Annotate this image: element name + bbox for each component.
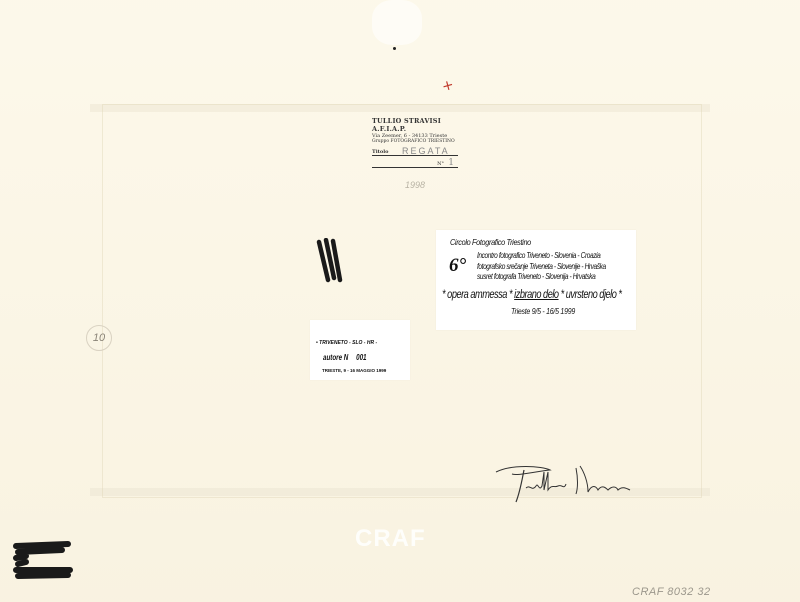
accepted-slovenian: izbrano delo: [514, 289, 558, 301]
event-line: Incontro fotografico Triveneto - Sloveni…: [477, 251, 606, 262]
accepted-work-line: * opera ammessa * izbrano delo * uvrsten…: [442, 289, 622, 301]
pencil-year: 1998: [405, 180, 425, 190]
entry-label: • TRIVENETO - SLO - HR - autore N001 TRI…: [310, 320, 410, 380]
top-smudge: [372, 0, 422, 45]
stamp-title-value: REGATA: [402, 146, 450, 156]
handwritten-signature: [492, 458, 652, 508]
stamp-group: Gruppo FOTOGRAFICO TRIESTINO: [372, 139, 458, 144]
stamp-title-row: Titolo REGATA: [372, 146, 458, 156]
accepted-croatian: * uvrsteno djelo *: [559, 289, 622, 301]
red-mark: +: [440, 77, 455, 95]
event-lines: Incontro fotografico Triveneto - Sloveni…: [477, 251, 606, 283]
marker-redaction-mark: [316, 238, 346, 284]
exhibition-date: Trieste 9/5 - 16/5 1999: [511, 306, 575, 316]
edition-number: 6°: [449, 255, 466, 277]
inventory-code: CRAF 8032 32: [632, 586, 711, 598]
author-stamp: TULLIO STRAVISI A.F.I.A.P. Via Zeemer, 6…: [372, 117, 458, 168]
stamp-number-label: N°: [437, 161, 444, 167]
stamp-title-label: Titolo: [372, 149, 389, 155]
stamp-author-name: TULLIO STRAVISI A.F.I.A.P.: [372, 117, 458, 133]
exhibition-label: Circolo Fotografico Triestino 6° Incontr…: [436, 230, 636, 330]
entry-author-label: autore N: [323, 353, 348, 362]
entry-author-number: 001: [356, 353, 366, 362]
club-name: Circolo Fotografico Triestino: [450, 237, 531, 247]
event-line: susret fotografa Triveneto - Slovenija -…: [477, 272, 606, 283]
accepted-italian: * opera ammessa *: [442, 289, 514, 301]
entry-event: • TRIVENETO - SLO - HR -: [316, 340, 377, 346]
photo-back-sheet: + TULLIO STRAVISI A.F.I.A.P. Via Zeemer,…: [0, 0, 800, 602]
craf-watermark: CRAF: [355, 525, 426, 553]
circled-number: 10: [86, 325, 112, 351]
stamp-number-value: 1: [448, 158, 454, 168]
pin-hole-mark: [393, 47, 396, 50]
event-line: fotografsko srečanje Triveneta - Sloveni…: [477, 262, 606, 273]
marker-redaction-block: [12, 540, 74, 580]
entry-place-date: TRIESTE, 9 - 16 MAGGIO 1999: [322, 368, 386, 373]
stamp-number-row: N° 1: [372, 157, 458, 168]
entry-author: autore N001: [323, 353, 367, 362]
